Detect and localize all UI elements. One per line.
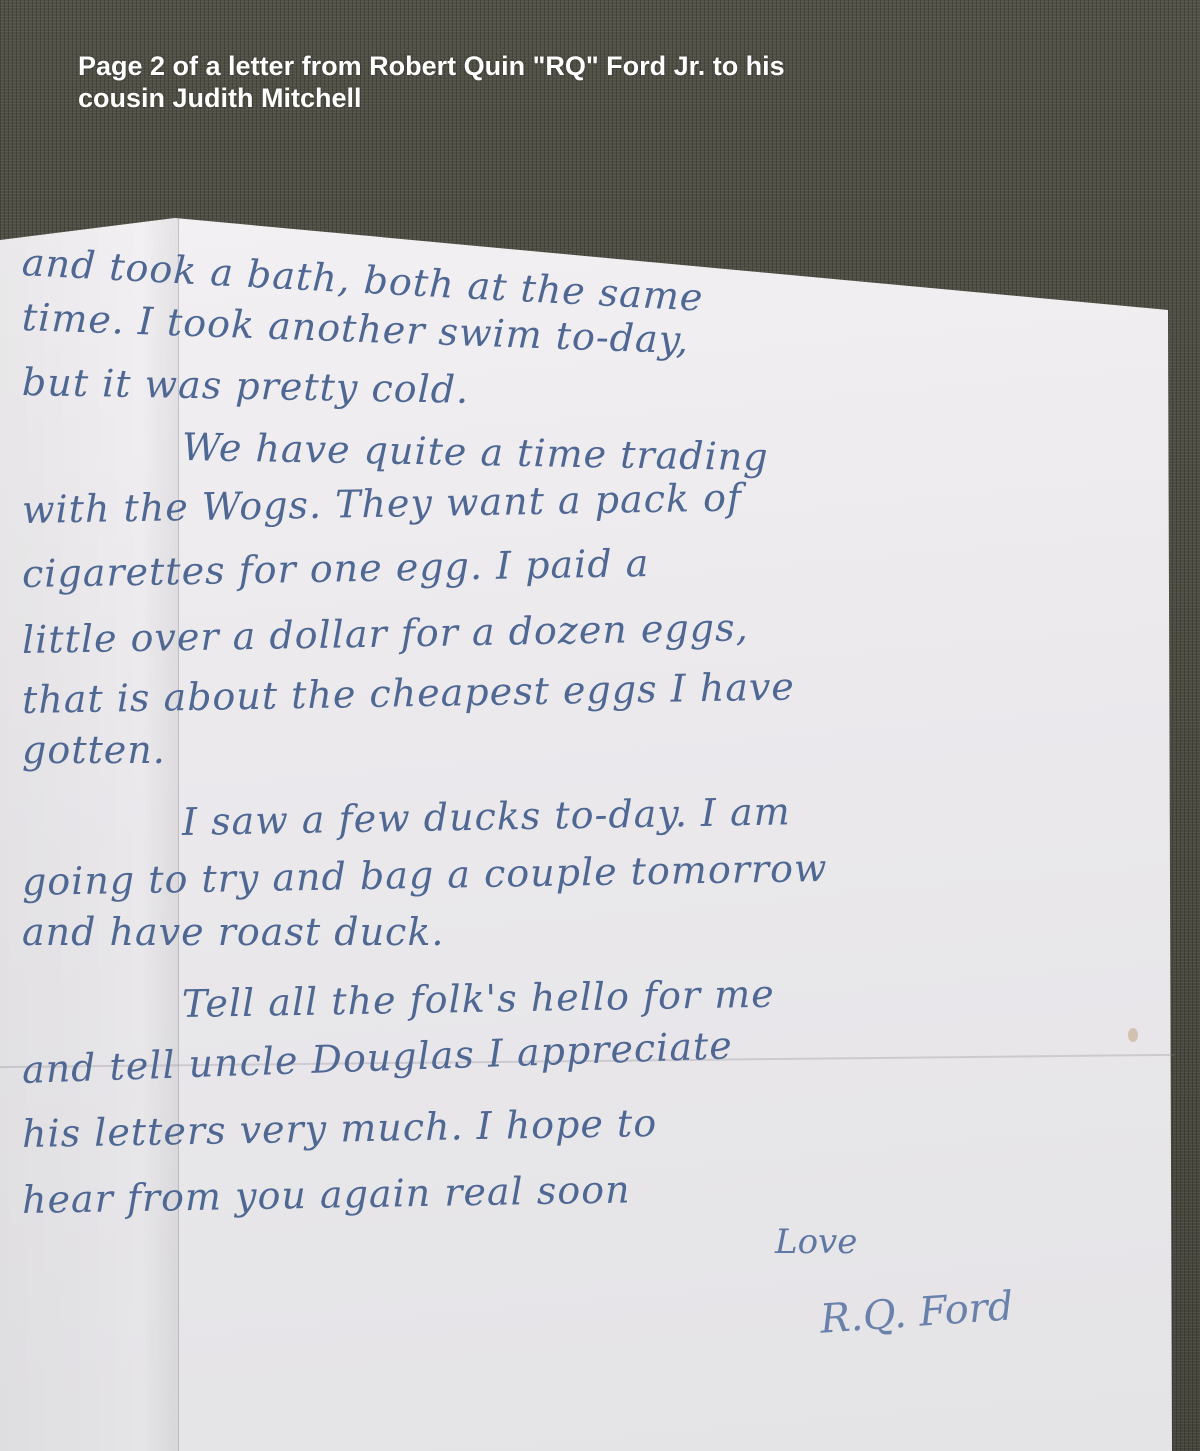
letter-closing: Love: [775, 1222, 857, 1262]
paper-stain: [1128, 1028, 1138, 1042]
caption-line-1: Page 2 of a letter from Robert Quin "RQ"…: [78, 50, 1138, 82]
letter-line: but it was pretty cold.: [22, 360, 470, 412]
photo-caption: Page 2 of a letter from Robert Quin "RQ"…: [78, 50, 1138, 114]
caption-line-2: cousin Judith Mitchell: [78, 82, 1138, 114]
letter-line: gotten.: [22, 728, 166, 772]
letter-line: and have roast duck.: [22, 910, 444, 954]
